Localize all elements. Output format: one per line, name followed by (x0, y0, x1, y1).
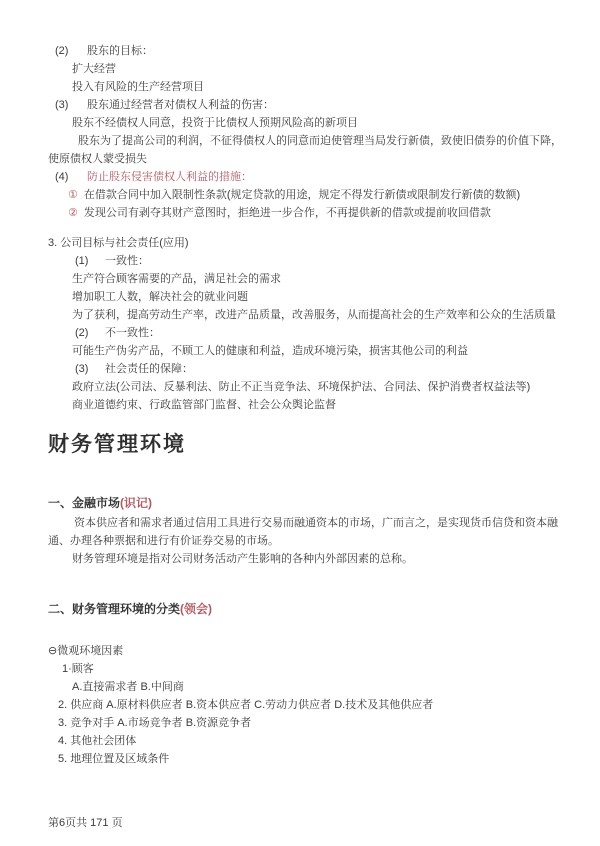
item-number: (4) (55, 168, 87, 186)
page-footer: 第6页共 171 页 (48, 814, 123, 830)
micro-item-suppliers: 2. 供应商 A.原材料供应者 B.资本供应者 C.劳动力供应者 D.技术及其他… (58, 696, 576, 714)
sub-number: (1) (75, 252, 105, 270)
safeguard-line: 商业道德约束、行政监管部门监督、社会公众舆论监督 (72, 396, 576, 414)
sub-inconsistency: (2)不一致性： (75, 324, 576, 342)
measure-line: ②发现公司有剥夺其财产意图时，拒绝进一步合作，不再提供新的借款或提前收回借款 (68, 204, 576, 222)
section-financial-market: 一、金融市场(识记) (48, 494, 576, 512)
item-number: (3) (55, 96, 87, 114)
goals-line: 扩大经营 (72, 60, 576, 78)
item-title: 股东通过经营者对债权人利益的伤害： (87, 99, 274, 111)
sub-consistency: (1)一致性： (75, 252, 576, 270)
micro-item-competitors: 3. 竞争对手 A.市场竞争者 B.资源竞争者 (58, 714, 576, 732)
micro-item-customers: 1·顾客 (62, 660, 576, 678)
sub-title: 社会责任的保障： (105, 363, 193, 375)
circled-number: ② (68, 207, 78, 219)
micro-env-heading: ⊖微观环境因素 (48, 642, 576, 660)
measure-text: 在借款合同中加入限制性条款(规定贷款的用途，规定不得发行新债或限制发行新债的数额… (84, 189, 520, 201)
section-tag: (识记) (120, 496, 152, 510)
sub-title: 不一致性： (105, 327, 160, 339)
environment-definition: 财务管理环境是指对公司财务活动产生影响的各种内外部因素的总称。 (72, 550, 576, 568)
financial-market-definition: 资本供应者和需求者通过信用工具进行交易而融通资本的市场，广而言之，是实现货币信贷… (48, 514, 576, 550)
section-heading: 一、金融市场 (48, 496, 120, 510)
item-protection-measures: (4)防止股东侵害债权人利益的措施： (55, 168, 576, 186)
item-title-highlight: 防止股东侵害债权人利益的措施： (87, 171, 252, 183)
micro-item-customers-sub: A.直接需求者 B.中间商 (72, 678, 576, 696)
goals-line: 投入有风险的生产经营项目 (72, 78, 576, 96)
sub-safeguards: (3)社会责任的保障： (75, 360, 576, 378)
safeguard-line: 政府立法(公司法、反暴利法、防止不正当竞争法、环境保护法、合同法、保护消费者权益… (72, 378, 576, 396)
section-heading: 二、财务管理环境的分类 (48, 602, 180, 616)
document-content: (2)股东的目标： 扩大经营 投入有风险的生产经营项目 (3)股东通过经营者对债… (0, 0, 600, 768)
section-env-classification: 二、财务管理环境的分类(领会) (48, 600, 576, 618)
micro-item-social-groups: 4. 其他社会团体 (58, 732, 576, 750)
chapter-title: 财务管理环境 (48, 436, 576, 454)
sub-number: (3) (75, 360, 105, 378)
inconsistency-line: 可能生产伪劣产品，不顾工人的健康和利益，造成环境污染，损害其他公司的利益 (72, 342, 576, 360)
micro-item-geography: 5. 地理位置及区域条件 (58, 750, 576, 768)
document-page: (2)股东的目标： 扩大经营 投入有风险的生产经营项目 (3)股东通过经营者对债… (0, 0, 600, 846)
sub-number: (2) (75, 324, 105, 342)
measure-line: ①在借款合同中加入限制性条款(规定贷款的用途，规定不得发行新债或限制发行新债的数… (68, 186, 576, 204)
consistency-line: 增加职工人数，解决社会的就业问题 (72, 288, 576, 306)
harm-line: 股东为了提高公司的利润，不征得债权人的同意而迫使管理当局发行新债，致使旧债券的价… (48, 132, 576, 168)
measure-text: 发现公司有剥夺其财产意图时，拒绝进一步合作，不再提供新的借款或提前收回借款 (84, 207, 491, 219)
section-tag: (领会) (180, 602, 212, 616)
circled-number: ① (68, 189, 78, 201)
harm-line: 股东不经债权人同意，投资于比债权人预期风险高的新项目 (72, 114, 576, 132)
item-creditor-harm: (3)股东通过经营者对债权人利益的伤害： (55, 96, 576, 114)
consistency-line: 生产符合顾客需要的产品，满足社会的需求 (72, 270, 576, 288)
item-shareholder-goals: (2)股东的目标： (55, 42, 576, 60)
item-number: (2) (55, 42, 87, 60)
consistency-line: 为了获利，提高劳动生产率，改进产品质量，改善服务，从而提高社会的生产效率和公众的… (72, 306, 576, 324)
responsibility-heading: 3. 公司目标与社会责任(应用) (48, 234, 576, 252)
item-title: 股东的目标： (87, 45, 153, 57)
sub-title: 一致性： (105, 255, 149, 267)
